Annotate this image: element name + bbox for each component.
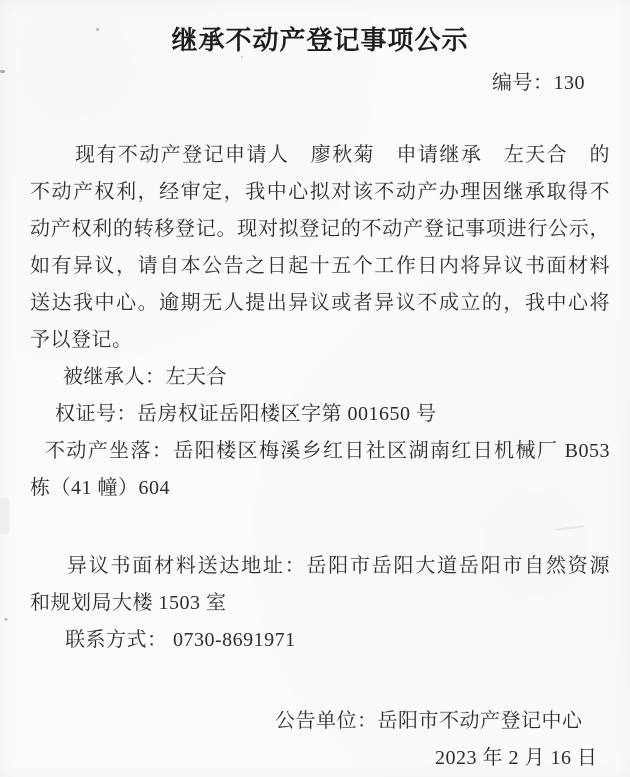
notice-page: 继承不动产登记事项公示 编号：130 现有不动产登记申请人 廖秋菊 申请继承 左… (0, 0, 630, 777)
detail-line-certificate-number: 权证号：岳房权证岳阳楼区字第 001650 号 (30, 396, 610, 433)
objection-address-line-cont: 和规划局大楼 1503 室 (30, 585, 610, 622)
detail-line-property-location: 不动产坐落：岳阳楼区梅溪乡红日社区湖南红日机械厂 B053 (30, 433, 610, 470)
contact-phone-line: 联系方式： 0730-8691971 (30, 622, 610, 659)
notice-details: 被继承人：左天合 权证号：岳房权证岳阳楼区字第 001650 号 不动产坐落：岳… (30, 359, 610, 507)
detail-line-decedent: 被继承人：左天合 (30, 359, 610, 396)
detail-line-property-location-cont: 栋（41 幢）604 (30, 470, 610, 507)
paragraph-line: 不动产权利，经审定，我中心拟对该不动产办理因继承取得不 (30, 174, 610, 211)
paragraph-line-end: 予以登记。 (30, 322, 610, 359)
issuing-unit: 公告单位：岳阳市不动产登记中心 (30, 703, 610, 740)
paragraph-line: 动产权利的转移登记。现对拟登记的不动产登记事项进行公示， (30, 211, 610, 248)
objection-address-block: 异议书面材料送达地址：岳阳市岳阳大道岳阳市自然资源 和规划局大楼 1503 室 … (30, 548, 610, 659)
scan-smudge (0, 498, 9, 534)
scan-speck (0, 70, 5, 73)
issue-date: 2023 年 2 月 16 日 (30, 740, 610, 777)
paragraph-line-applicant: 现有不动产登记申请人 廖秋菊 申请继承 左天合 的 (30, 137, 610, 174)
scan-speck (4, 618, 8, 621)
objection-address-line: 异议书面材料送达地址：岳阳市岳阳大道岳阳市自然资源 (30, 548, 610, 585)
notice-body-paragraph: 现有不动产登记申请人 廖秋菊 申请继承 左天合 的 不动产权利，经审定，我中心拟… (30, 137, 610, 359)
notice-title: 继承不动产登记事项公示 (30, 25, 610, 55)
scan-speck (241, 56, 243, 58)
scan-smudge (556, 525, 584, 530)
paragraph-line: 如有异议，请自本公告之日起十五个工作日内将异议书面材料 (30, 248, 610, 285)
paragraph-line: 送达我中心。逾期无人提出异议或者异议不成立的，我中心将 (30, 285, 610, 322)
document-number: 编号：130 (30, 71, 610, 95)
